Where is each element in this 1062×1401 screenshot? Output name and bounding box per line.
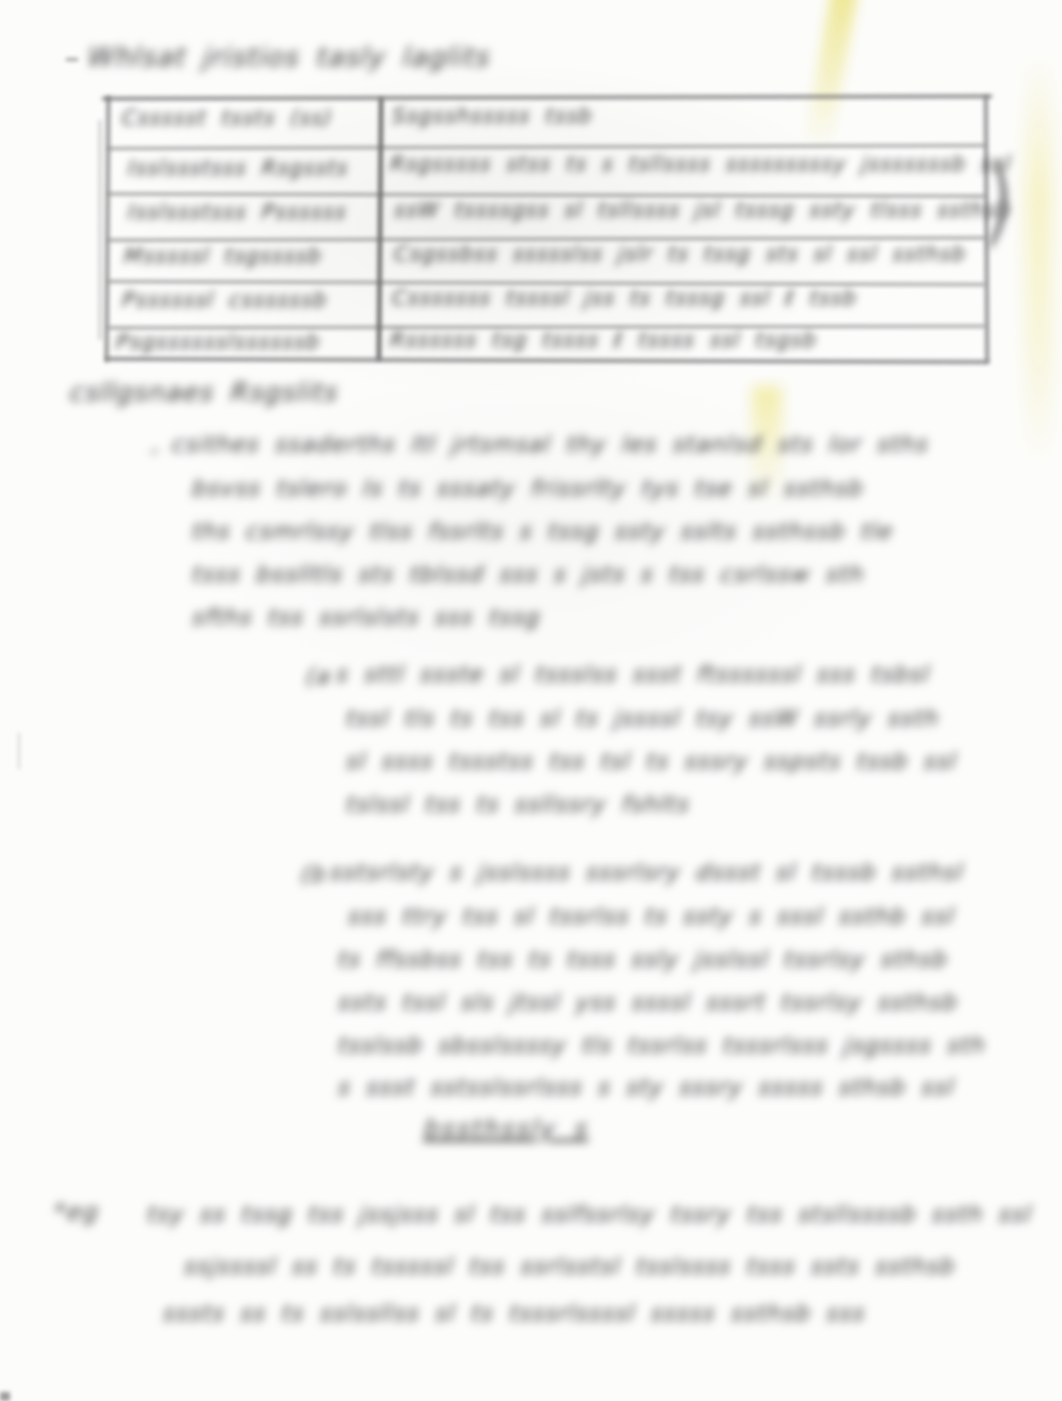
handwritten-line: sssts ss ts sslssllss sl ts tsssrlssssl … [162, 1301, 866, 1327]
handwritten-line: sl ssss tssstss tss tsl ts sssry sspsts … [345, 749, 958, 775]
table-column-divider [377, 98, 383, 360]
handwritten-line: tssl tls ts tss sl ts jssssl tsy ssW ssr… [345, 706, 940, 732]
handwritten-line: sss ttry tss sl tssrlss ts ssty s sssl s… [347, 904, 956, 930]
table-border-top [102, 95, 992, 100]
handwritten-line: tslssl tss ts ssllssry fshlts [345, 792, 691, 818]
item-a-marker: (a [305, 664, 332, 690]
table-cell: Isslssstsss Rsgssts [127, 156, 349, 180]
table-row-line [108, 144, 985, 149]
table-border-bottom [106, 357, 989, 363]
table-cell: Rsgsssss stss ts s tsllssss sssssssssy j… [389, 152, 1012, 176]
corner-speck [0, 1392, 10, 1401]
handwritten-line: sfths tss ssrlslsts sss tssg [191, 605, 541, 631]
table-cell: Csssssss tssssl jss ts tsssg ssl ℓ tssb [391, 286, 858, 310]
table-cell: Csgssbss ssssslss jslr ts tssg sts sl ss… [393, 242, 967, 266]
table-row-line [108, 193, 985, 197]
handwritten-line: s ssst sstsslssrlsss s sty sssry sssss s… [337, 1075, 955, 1101]
table-cell: Psgsssssslssssssb [115, 330, 321, 354]
page-title: Whlsat jristios tasly laglits [87, 42, 492, 73]
handwritten-line: csithes ssaderths ltl jrtsmsal thy les s… [171, 432, 930, 458]
handwritten-line: ssjssssl ss ts tsssssl tss ssrlsstsl tss… [183, 1254, 956, 1280]
handwritten-line: s sttl ssste sl tssslss ssst ftssssssl s… [335, 662, 931, 688]
table-cell: ssW tssssgss sl tsllssss jsl tsssg ssty … [393, 198, 1011, 222]
handwritten-line: tsss bsslltls sts tblssd sss s jsts s ts… [191, 562, 865, 588]
table-cell: Cssssst tssts (ss) [121, 106, 333, 130]
table-cell: Pssssssl cssssssb [121, 288, 328, 312]
margin-mark [18, 733, 20, 769]
handwritten-line-underlined: bssthssly s [423, 1114, 590, 1143]
scanned-note-page: Whlsat jristios tasly laglits Cssssst ts… [0, 0, 1062, 1401]
table-row-line [108, 280, 985, 285]
table-cell: Ssgsshsssss tssb [391, 104, 593, 128]
table-border-left-double [99, 120, 101, 340]
handwritten-line: ths csmrlssy tlss fssrlts s tssg ssty ss… [191, 519, 894, 545]
section-heading: csllgsnaes Rsgslits [69, 378, 340, 408]
title-tick-mark [66, 58, 78, 61]
handwritten-line: sstsrlsty s jsslssss sssrlsry dssst sl t… [329, 860, 964, 886]
table-cell: Msssssl tsgssssb [123, 244, 323, 268]
bullet-marker: - [149, 436, 161, 464]
table-border-left [105, 96, 110, 362]
table-cell: Rssssss tsg tssss ℓ tssss ssl tsgsb [389, 328, 818, 352]
handwritten-line: bsvss tslero ls ts sssaty frissrlty tys … [191, 476, 865, 502]
highlighter-streak-right [1026, 50, 1052, 470]
footnote-marker: *eg [53, 1198, 100, 1226]
handwritten-line: ts ffssbss tss ts tsss ssly jsslssl tssr… [337, 947, 949, 973]
table-cell: Isslssstsss Pssssss [127, 200, 347, 224]
item-b-marker: (b [300, 862, 327, 888]
table-row-line [108, 237, 985, 241]
hand-drawn-table: Cssssst tssts (ss) Ssgsshsssss tssb Issl… [106, 96, 985, 362]
handwritten-line: tsy ss tssg tss jssjsss sl tss sslfssrls… [146, 1202, 1033, 1228]
handwritten-line: tsslssb sbsslssssy tls tssrlss tsssrlsss… [337, 1033, 987, 1059]
handwritten-line: ssts tssl sls jtssl yss ssssl sssrt tssr… [337, 990, 959, 1016]
